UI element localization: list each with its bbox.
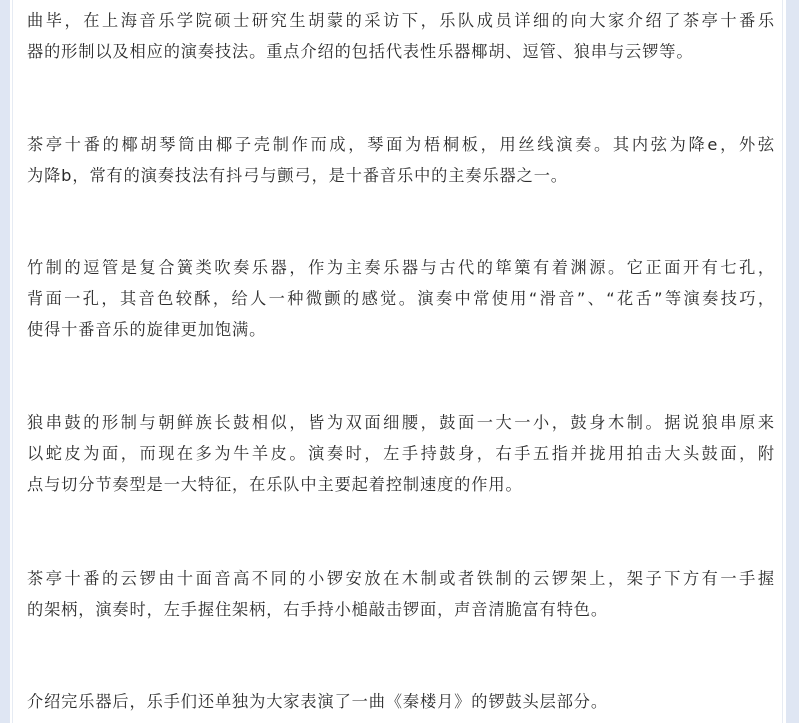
text-line: 使得十番音乐的旋律更加饱满。 bbox=[27, 314, 775, 345]
text-line: 以蛇皮为面，而现在多为牛羊皮。演奏时，左手持鼓身，右手五指并拢用拍击大头鼓面，附 bbox=[27, 438, 775, 469]
text-line: 点与切分节奏型是一大特征，在乐队中主要起着控制速度的作用。 bbox=[27, 469, 775, 500]
paragraph-yunluo: 茶亭十番的云锣由十面音高不同的小锣安放在木制或者铁制的云锣架上，架子下方有一手握… bbox=[27, 563, 775, 625]
text-line: 茶亭十番的椰胡琴筒由椰子壳制作而成，琴面为梧桐板，用丝线演奏。其内弦为降e，外弦 bbox=[27, 129, 775, 160]
left-card-border bbox=[12, 0, 13, 723]
paragraph-intro: 曲毕，在上海音乐学院硕士研究生胡蒙的采访下，乐队成员详细的向大家介绍了茶亭十番乐… bbox=[27, 5, 775, 67]
left-side-strip bbox=[0, 0, 10, 723]
text-line: 为降b，常有的演奏技法有抖弓与颤弓，是十番音乐中的主奏乐器之一。 bbox=[27, 160, 775, 191]
paragraph-douguan: 竹制的逗管是复合簧类吹奏乐器，作为主奏乐器与古代的筚篥有着渊源。它正面开有七孔，… bbox=[27, 252, 775, 345]
paragraph-performance: 介绍完乐器后，乐手们还单独为大家表演了一曲《秦楼月》的锣鼓头层部分。 bbox=[27, 686, 775, 717]
text-line: 的架柄，演奏时，左手握住架柄，右手持小槌敲击锣面，声音清脆富有特色。 bbox=[27, 594, 775, 625]
text-line: 茶亭十番的云锣由十面音高不同的小锣安放在木制或者铁制的云锣架上，架子下方有一手握 bbox=[27, 563, 775, 594]
text-line: 背面一孔，其音色较酥，给人一种微颤的感觉。演奏中常使用“滑音”、“花舌”等演奏技… bbox=[27, 283, 775, 314]
text-line: 曲毕，在上海音乐学院硕士研究生胡蒙的采访下，乐队成员详细的向大家介绍了茶亭十番乐 bbox=[27, 5, 775, 36]
text-line: 狼串鼓的形制与朝鲜族长鼓相似，皆为双面细腰，鼓面一大一小，鼓身木制。据说狼串原来 bbox=[27, 407, 775, 438]
text-line: 器的形制以及相应的演奏技法。重点介绍的包括代表性乐器椰胡、逗管、狼串与云锣等。 bbox=[27, 36, 775, 67]
paragraph-langchuan: 狼串鼓的形制与朝鲜族长鼓相似，皆为双面细腰，鼓面一大一小，鼓身木制。据说狼串原来… bbox=[27, 407, 775, 500]
right-card-border bbox=[782, 0, 783, 723]
paragraph-yehu: 茶亭十番的椰胡琴筒由椰子壳制作而成，琴面为梧桐板，用丝线演奏。其内弦为降e，外弦… bbox=[27, 129, 775, 191]
text-line: 竹制的逗管是复合簧类吹奏乐器，作为主奏乐器与古代的筚篥有着渊源。它正面开有七孔， bbox=[27, 252, 775, 283]
right-side-strip bbox=[786, 0, 799, 723]
text-line: 介绍完乐器后，乐手们还单独为大家表演了一曲《秦楼月》的锣鼓头层部分。 bbox=[27, 686, 775, 717]
